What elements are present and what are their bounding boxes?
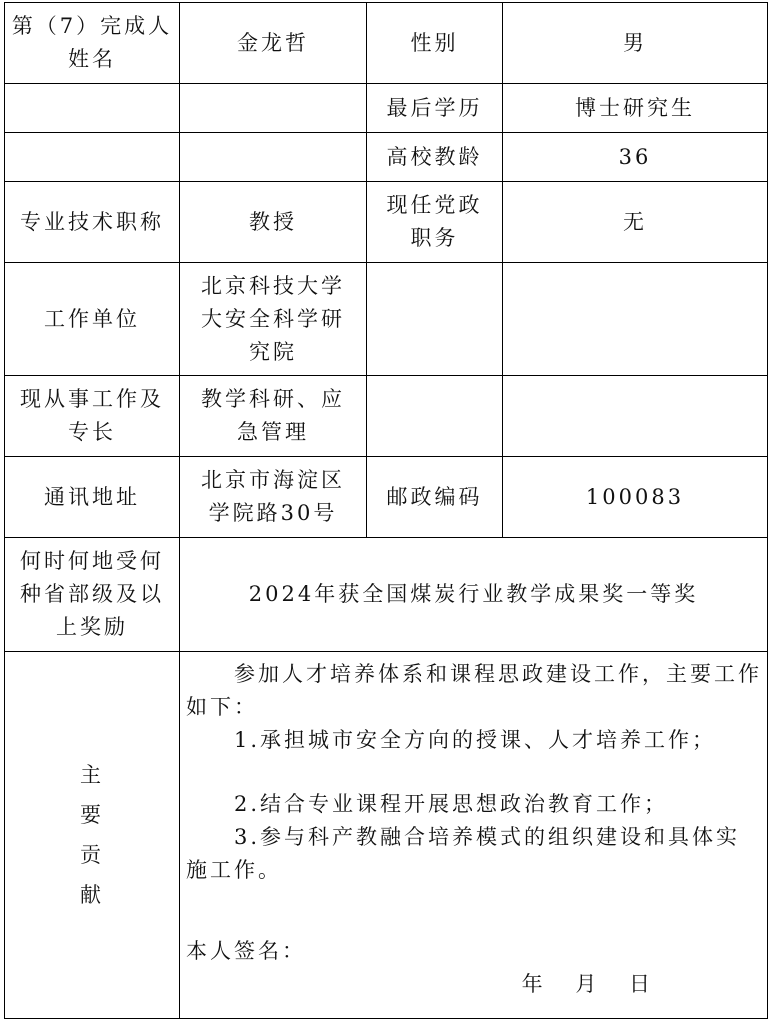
awards-value: 2024年获全国煤炭行业教学成果奖一等奖 bbox=[180, 538, 768, 652]
gender-label: 性别 bbox=[367, 3, 503, 84]
empty-cell bbox=[180, 133, 367, 182]
title-value: 教授 bbox=[180, 182, 367, 263]
name-label: 第（7）完成人姓名 bbox=[5, 3, 180, 84]
row-education: 最后学历 博士研究生 bbox=[5, 84, 768, 133]
gender-value: 男 bbox=[503, 3, 768, 84]
address-value: 北京市海淀区学院路30号 bbox=[180, 457, 367, 538]
empty-cell bbox=[180, 84, 367, 133]
contribution-label: 主 要 贡 献 bbox=[5, 652, 180, 1019]
education-label: 最后学历 bbox=[367, 84, 503, 133]
employer-value: 北京科技大学大安全科学研究院 bbox=[180, 263, 367, 376]
position-value: 无 bbox=[503, 182, 768, 263]
contribution-content: 参加人才培养体系和课程思政建设工作，主要工作如下： 1.承担城市安全方向的授课、… bbox=[180, 652, 768, 1019]
empty-cell bbox=[367, 376, 503, 457]
name-value: 金龙哲 bbox=[180, 3, 367, 84]
empty-cell bbox=[367, 263, 503, 376]
row-address: 通讯地址 北京市海淀区学院路30号 邮政编码 100083 bbox=[5, 457, 768, 538]
contribution-item-3: 3.参与科产教融合培养模式的组织建设和具体实施工作。 bbox=[186, 821, 763, 887]
row-title: 专业技术职称 教授 现任党政职务 无 bbox=[5, 182, 768, 263]
empty-cell bbox=[5, 84, 180, 133]
awards-label: 何时何地受何种省部级及以上奖励 bbox=[5, 538, 180, 652]
contribution-item-2: 2.结合专业课程开展思想政治教育工作； bbox=[186, 788, 763, 821]
contribution-intro: 参加人才培养体系和课程思政建设工作，主要工作如下： bbox=[186, 658, 763, 724]
employer-label: 工作单位 bbox=[5, 263, 180, 376]
row-work: 现从事工作及专长 教学科研、应急管理 bbox=[5, 376, 768, 457]
work-label: 现从事工作及专长 bbox=[5, 376, 180, 457]
address-label: 通讯地址 bbox=[5, 457, 180, 538]
contribution-item-1: 1.承担城市安全方向的授课、人才培养工作； bbox=[186, 724, 763, 757]
row-teaching-years: 高校教龄 36 bbox=[5, 133, 768, 182]
position-label: 现任党政职务 bbox=[367, 182, 503, 263]
title-label: 专业技术职称 bbox=[5, 182, 180, 263]
row-contribution: 主 要 贡 献 参加人才培养体系和课程思政建设工作，主要工作如下： 1.承担城市… bbox=[5, 652, 768, 1019]
candidate-info-table: 第（7）完成人姓名 金龙哲 性别 男 最后学历 博士研究生 高校教龄 36 专业… bbox=[4, 2, 768, 1019]
empty-cell bbox=[503, 263, 768, 376]
empty-cell bbox=[503, 376, 768, 457]
postcode-value: 100083 bbox=[503, 457, 768, 538]
row-name: 第（7）完成人姓名 金龙哲 性别 男 bbox=[5, 3, 768, 84]
row-employer: 工作单位 北京科技大学大安全科学研究院 bbox=[5, 263, 768, 376]
signature-date: 年 月 日 bbox=[186, 968, 763, 1001]
teaching-years-label: 高校教龄 bbox=[367, 133, 503, 182]
teaching-years-value: 36 bbox=[503, 133, 768, 182]
signature-label: 本人签名： bbox=[186, 935, 763, 968]
postcode-label: 邮政编码 bbox=[367, 457, 503, 538]
work-value: 教学科研、应急管理 bbox=[180, 376, 367, 457]
empty-cell bbox=[5, 133, 180, 182]
row-awards: 何时何地受何种省部级及以上奖励 2024年获全国煤炭行业教学成果奖一等奖 bbox=[5, 538, 768, 652]
education-value: 博士研究生 bbox=[503, 84, 768, 133]
